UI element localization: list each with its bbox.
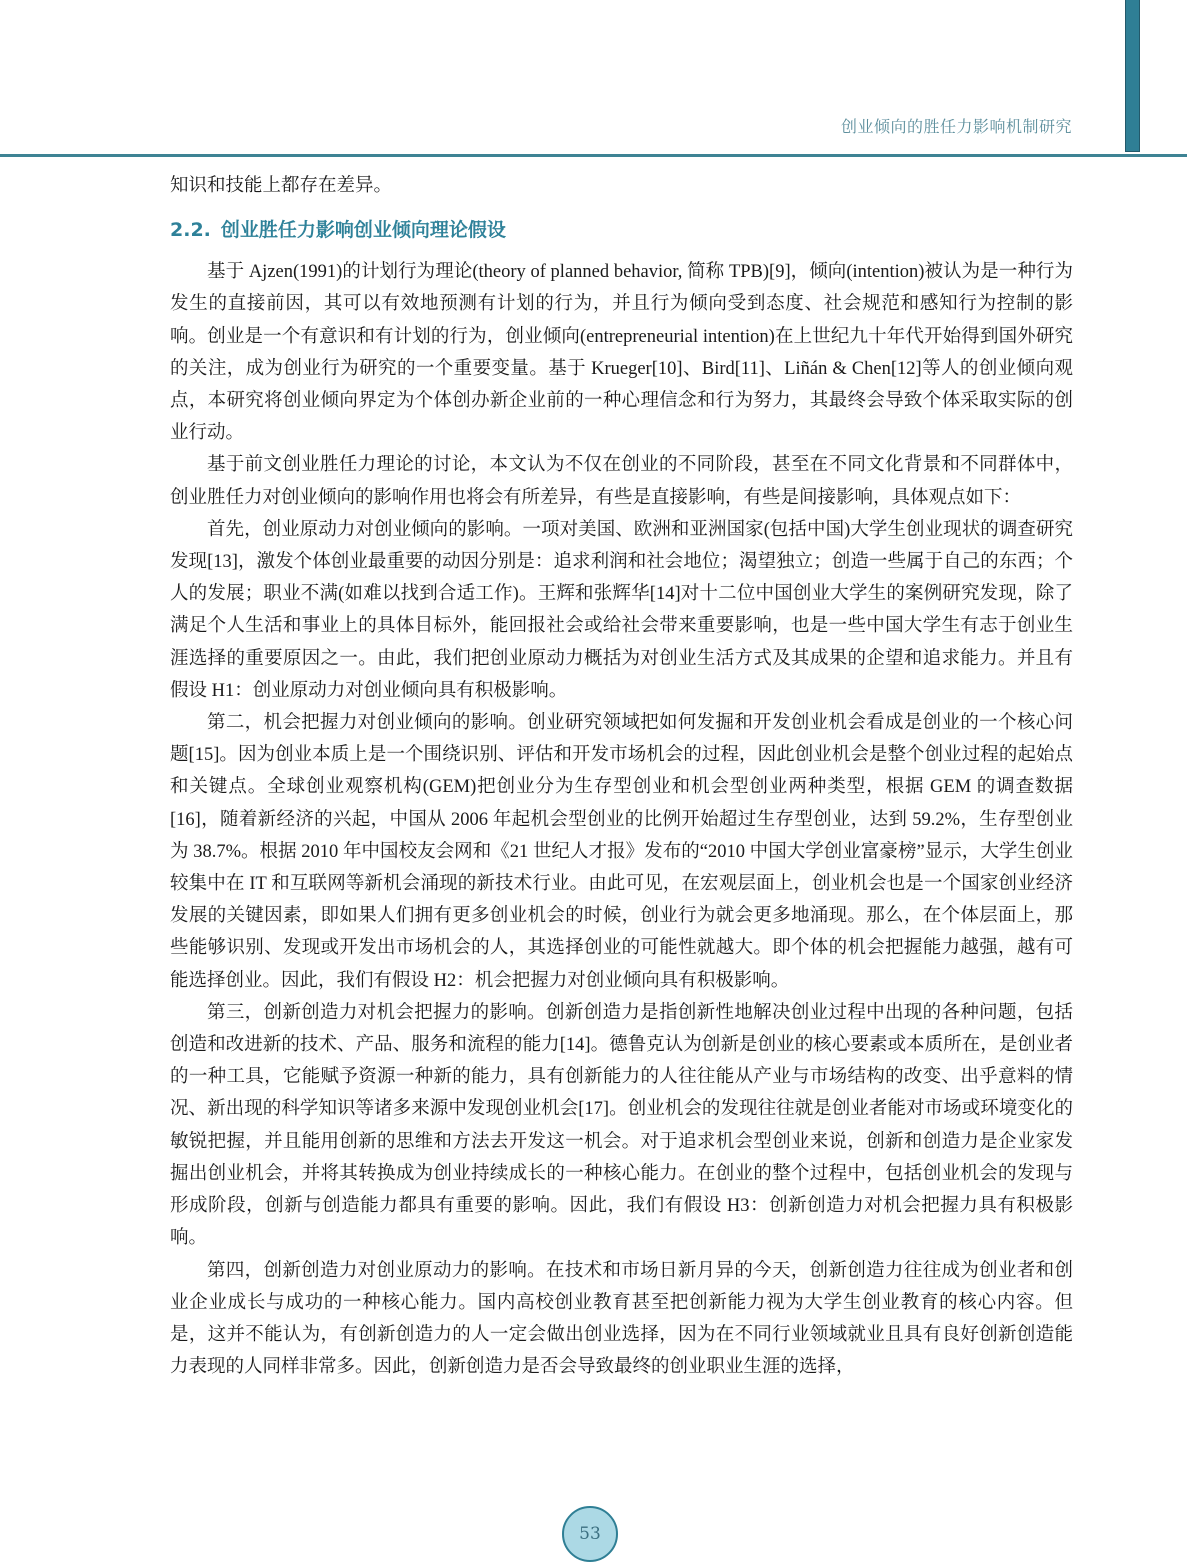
paragraph-h1: 首先，创业原动力对创业倾向的影响。一项对美国、欧洲和亚洲国家(包括中国)大学生创… xyxy=(170,514,1073,707)
header-accent-bar xyxy=(1125,0,1140,152)
section-number: 2.2. xyxy=(170,219,211,241)
paragraph-tpb: 基于 Ajzen(1991)的计划行为理论(theory of planned … xyxy=(170,256,1073,449)
header-divider xyxy=(0,154,1187,157)
paragraph-h2: 第二，机会把握力对创业倾向的影响。创业研究领域把如何发掘和开发创业机会看成是创业… xyxy=(170,707,1073,997)
lead-paragraph: 知识和技能上都存在差异。 xyxy=(170,170,1073,202)
paragraph-overview: 基于前文创业胜任力理论的讨论，本文认为不仅在创业的不同阶段，甚至在不同文化背景和… xyxy=(170,449,1073,513)
page-content: 知识和技能上都存在差异。 2.2.创业胜任力影响创业倾向理论假设 基于 Ajze… xyxy=(170,170,1073,1383)
paragraph-h3: 第三，创新创造力对机会把握力的影响。创新创造力是指创新性地解决创业过程中出现的各… xyxy=(170,997,1073,1255)
section-heading: 2.2.创业胜任力影响创业倾向理论假设 xyxy=(170,212,1073,248)
page-number-badge: 53 xyxy=(562,1506,618,1562)
section-title: 创业胜任力影响创业倾向理论假设 xyxy=(221,219,506,241)
paragraph-fourth: 第四，创新创造力对创业原动力的影响。在技术和市场日新月异的今天，创新创造力往往成… xyxy=(170,1255,1073,1384)
running-title: 创业倾向的胜任力影响机制研究 xyxy=(841,114,1072,137)
